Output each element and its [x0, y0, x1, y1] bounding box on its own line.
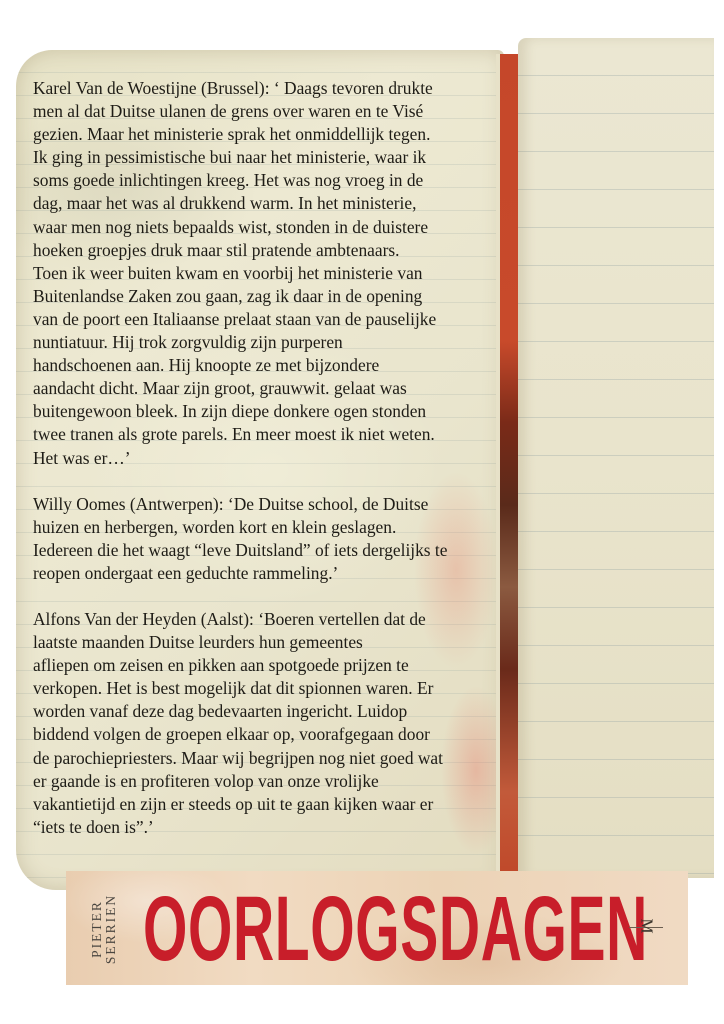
- author-last-name: SERRIEN: [104, 894, 118, 964]
- author-first-name: PIETER: [90, 894, 104, 964]
- book-title: OORLOGSDAGEN: [143, 879, 648, 979]
- quote-paragraph-oomes: Willy Oomes (Antwerpen): ‘De Duitse scho…: [33, 493, 503, 585]
- publisher-logo-icon: M: [629, 917, 663, 937]
- author-name: PIETER SERRIEN: [84, 885, 124, 973]
- title-banner: PIETER SERRIEN OORLOGSDAGEN M: [66, 871, 688, 985]
- quote-paragraph-woestijne: Karel Van de Woestijne (Brussel): ‘ Daag…: [33, 77, 503, 470]
- notebook-right-page: Herin uit den 1914 - 19 tusschen Oostenr…: [518, 38, 714, 878]
- publisher-mark: M: [637, 918, 657, 933]
- quotes-text-block: Karel Van de Woestijne (Brussel): ‘ Daag…: [33, 77, 503, 862]
- quote-paragraph-van-der-heyden: Alfons Van der Heyden (Aalst): ‘Boeren v…: [33, 608, 503, 839]
